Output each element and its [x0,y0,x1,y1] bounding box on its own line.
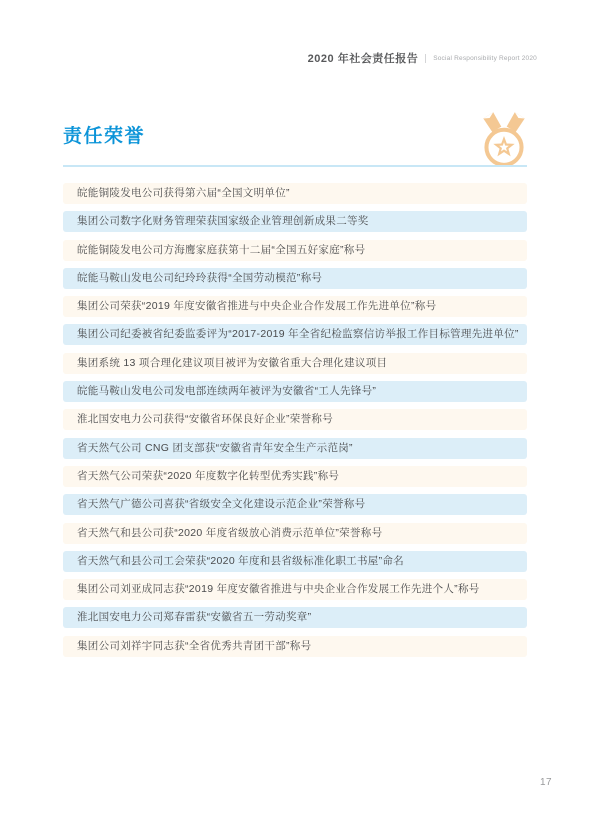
honor-row: 皖能铜陵发电公司方海鹰家庭获第十二届“全国五好家庭”称号 [63,240,527,261]
honor-row: 省天然气公司荣获“2020 年度数字化转型优秀实践”称号 [63,466,527,487]
section-title: 责任荣誉 [63,121,145,148]
honor-row: 淮北国安电力公司获得“安徽省环保良好企业”荣誉称号 [63,409,527,430]
header-divider [425,54,426,63]
honor-row: 省天然气和县公司工会荣获“2020 年度和县省级标准化职工书屋”命名 [63,551,527,572]
honor-row: 皖能马鞍山发电公司发电部连续两年被评为安徽省“工人先锋号” [63,381,527,402]
honor-row: 集团系统 13 项合理化建议项目被评为安徽省重大合理化建议项目 [63,353,527,374]
honor-row: 集团公司刘祥宇同志获“全省优秀共青团干部”称号 [63,636,527,657]
honor-row: 集团公司荣获“2019 年度安徽省推进与中央企业合作发展工作先进单位”称号 [63,296,527,317]
honor-row: 皖能马鞍山发电公司纪玲玲获得“全国劳动模范”称号 [63,268,527,289]
honor-row: 集团公司数字化财务管理荣获国家级企业管理创新成果二等奖 [63,211,527,232]
honor-row: 集团公司刘亚成同志获“2019 年度安徽省推进与中央企业合作发展工作先进个人”称… [63,579,527,600]
honors-list: 皖能铜陵发电公司获得第六届“全国文明单位”集团公司数字化财务管理荣获国家级企业管… [63,183,527,664]
report-page: 2020 年社会责任报告 Social Responsibility Repor… [0,0,603,825]
medal-star-icon [477,109,531,173]
report-title-en: Social Responsibility Report 2020 [433,55,537,62]
report-title-zh: 2020 年社会责任报告 [308,50,419,66]
honor-row: 省天然气广德公司喜获“省级安全文化建设示范企业”荣誉称号 [63,494,527,515]
page-header: 2020 年社会责任报告 Social Responsibility Repor… [308,50,537,66]
honor-row: 皖能铜陵发电公司获得第六届“全国文明单位” [63,183,527,204]
page-number: 17 [540,777,552,788]
honor-row: 集团公司纪委被省纪委监委评为“2017-2019 年全省纪检监察信访举报工作目标… [63,324,527,345]
honor-row: 省天然气和县公司获“2020 年度省级放心消费示范单位”荣誉称号 [63,523,527,544]
honor-row: 省天然气公司 CNG 团支部获“安徽省青年安全生产示范岗” [63,438,527,459]
title-underline [63,165,527,167]
honor-row: 淮北国安电力公司郑春雷获“安徽省五一劳动奖章” [63,607,527,628]
